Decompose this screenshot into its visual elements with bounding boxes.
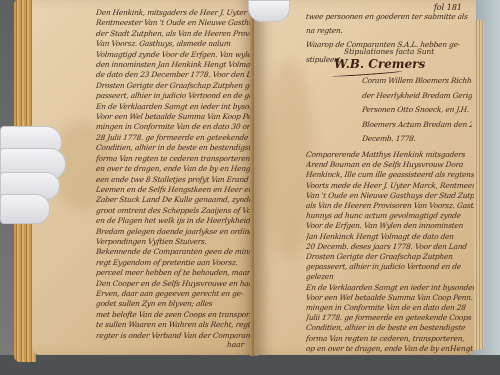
manuscript-line: forma Van regten te cederen transportere…: [96, 154, 266, 164]
manuscript-line: Julii 1778. ge formeerde en geteekende C…: [306, 313, 476, 323]
manuscript-line: Drosten Gerigte der Graafschap Zutphen g…: [96, 81, 266, 91]
manuscript-line: Leemen en de Selfs Hengstkeen en Heer en: [96, 185, 266, 195]
manuscript-line: passeert, alhier in judicio Vertoond en …: [96, 91, 266, 101]
manuscript-line: Van Voorsz. Gasthuys, alsmede nalum: [96, 39, 266, 49]
manuscript-line: Comparerende Matthys Henkink mitsgaders: [306, 150, 476, 160]
manuscript-line: Voor een Wel betaalde Summa Van Coop Pen…: [306, 293, 476, 303]
manuscript-line: Rentmeester Van 't Oude en Nieuwe Gasthu…: [96, 18, 266, 28]
manuscript-line: Verpondingen Vyftien Stuivers.: [96, 237, 266, 247]
manuscript-line: met belofte Van de zeen Coops en transpo…: [96, 310, 266, 320]
left-page: Den Henkink, mitsgaders de Heer J. Uyter…: [32, 0, 254, 355]
left-page-text: Den Henkink, mitsgaders de Heer J. Uyter…: [96, 8, 266, 341]
manuscript-line: forma Van regten te cederen, transporter…: [306, 334, 476, 344]
manuscript-line: Voor een Wel betaalde Summa Van Koop Pen…: [96, 112, 266, 122]
manuscript-line: Bloemers Actum Bredam den 23: [362, 118, 472, 133]
manuscript-line: gelezen: [306, 272, 476, 282]
manuscript-line: 28 Julii 1778. ge formeerde en geteekend…: [96, 133, 266, 143]
manuscript-line: Den Henkink, mitsgaders de Heer J. Uyter…: [96, 8, 266, 18]
gloved-finger: [0, 194, 50, 224]
right-page-body-text: Comparerende Matthys Henkink mitsgadersA…: [306, 150, 476, 354]
manuscript-line: Henkinck, Ille cum ille geassisteerd als…: [306, 170, 476, 180]
manuscript-line: En de Verklaarden Samgt en ieder int bys…: [306, 283, 476, 293]
manuscript-line: Jan Henkinck Hengt Volmagt de dato den: [306, 232, 476, 242]
manuscript-line: Erven, daar aan gegeeven gerecht en ge-: [96, 289, 266, 299]
manuscript-line: Voor de Erfgen. Van Wylen den innominste…: [306, 221, 476, 231]
manuscript-line: den innominsten Jan Henkink Hengt Volmag…: [96, 60, 266, 70]
manuscript-line: perceel meer hebben of te behouden, maar…: [96, 268, 266, 278]
manuscript-line: Conditien, alhier in de beste en bestend…: [306, 323, 476, 333]
manuscript-line: Den Cooper en de Selfs Huysvrouwe en haa…: [96, 279, 266, 289]
manuscript-line: gepasseert, alhier in judicio Vertoond e…: [306, 262, 476, 272]
manuscript-line: en de Plagen het welk ijs in de Heerlykh…: [96, 216, 266, 226]
gloved-fingertip: [248, 0, 290, 22]
right-page: fol 181 twee persoonen en goederen ter s…: [254, 0, 476, 355]
manuscript-line: Zaber Stuck Land De Kulle genaamd, zynde: [96, 195, 266, 205]
manuscript-line: Coram Willem Bloemers Richholter: [362, 74, 472, 89]
manuscript-line: Arend Bouman en de Selfs Huysvrouw Dora: [306, 160, 476, 170]
manuscript-line: als Van de Heeren Provisoren Van Voorsz.…: [306, 201, 476, 211]
right-catchword: Hengt: [450, 344, 473, 353]
left-catchword: haar: [227, 340, 244, 349]
manuscript-line: de dato den 23 December 1778. Voor den L…: [96, 70, 266, 80]
manuscript-line: hunnys ad hunc actum gevolmagtigd zynde: [306, 211, 476, 221]
manuscript-line: Volmagtigd zynde Voor de Erfgen. Van wyl…: [96, 50, 266, 60]
manuscript-line: Van 't Oude en Nieuwe Gasthuys der Stad …: [306, 191, 476, 201]
manuscript-line: een ende twe 8 Stalletjes profyt Van Era…: [96, 175, 266, 185]
manuscript-line: groot omtrent des Scheppels Zaaijens of …: [96, 206, 266, 216]
signature: W.B. Cremers: [334, 57, 425, 71]
manuscript-line: Bredam gelegen daende jaarlykse en ordin…: [96, 227, 266, 237]
manuscript-line: Drosten Gerigte der Graafschap Zutphen: [306, 252, 476, 262]
manuscript-line: mingen in Conformite Van de en dato 30 o…: [96, 122, 266, 132]
manuscript-line: na regten.: [306, 24, 476, 38]
manuscript-line: Personen Otto Snoeck, en J.H.: [362, 103, 472, 118]
manuscript-book: Den Henkink, mitsgaders de Heer J. Uyter…: [14, 0, 484, 362]
coram-block: Coram Willem Bloemers Richholterder Heer…: [362, 74, 472, 147]
manuscript-line: twee persoonen en goederen ter submitte …: [306, 10, 476, 24]
manuscript-line: mingen in Conformite Van de en dato den …: [306, 303, 476, 313]
stipulation-line: Stipulationes facta Sunt: [344, 47, 434, 56]
manuscript-line: regt Eygendom of pretentie aan Voorsz.: [96, 258, 266, 268]
manuscript-line: 20 Decemb. deses jaars 1778. Voor den La…: [306, 242, 476, 252]
manuscript-line: te sullen Waaren en Wahren als Recht, re…: [96, 320, 266, 330]
manuscript-line: godet sullen Zyn en blyven; alles: [96, 299, 266, 309]
manuscript-line: Bekennende de Comparanten geen de minste: [96, 247, 266, 257]
manuscript-line: Conditien, alhier in de beste en bestend…: [96, 143, 266, 153]
manuscript-line: En de Verklaarden Samgt en ieder int bys…: [96, 102, 266, 112]
manuscript-line: der Heerlykheid Bredam Gerigts: [362, 89, 472, 104]
manuscript-line: Voorts mede de Heer J. Uyter Marck, Rent…: [306, 181, 476, 191]
manuscript-line: en over te dragen, ende Van de by en Hen…: [96, 164, 266, 174]
manuscript-line: der Stadt Zutphen, als Van de Heeren Pro…: [96, 29, 266, 39]
manuscript-line: Decemb. 1778.: [362, 132, 472, 147]
